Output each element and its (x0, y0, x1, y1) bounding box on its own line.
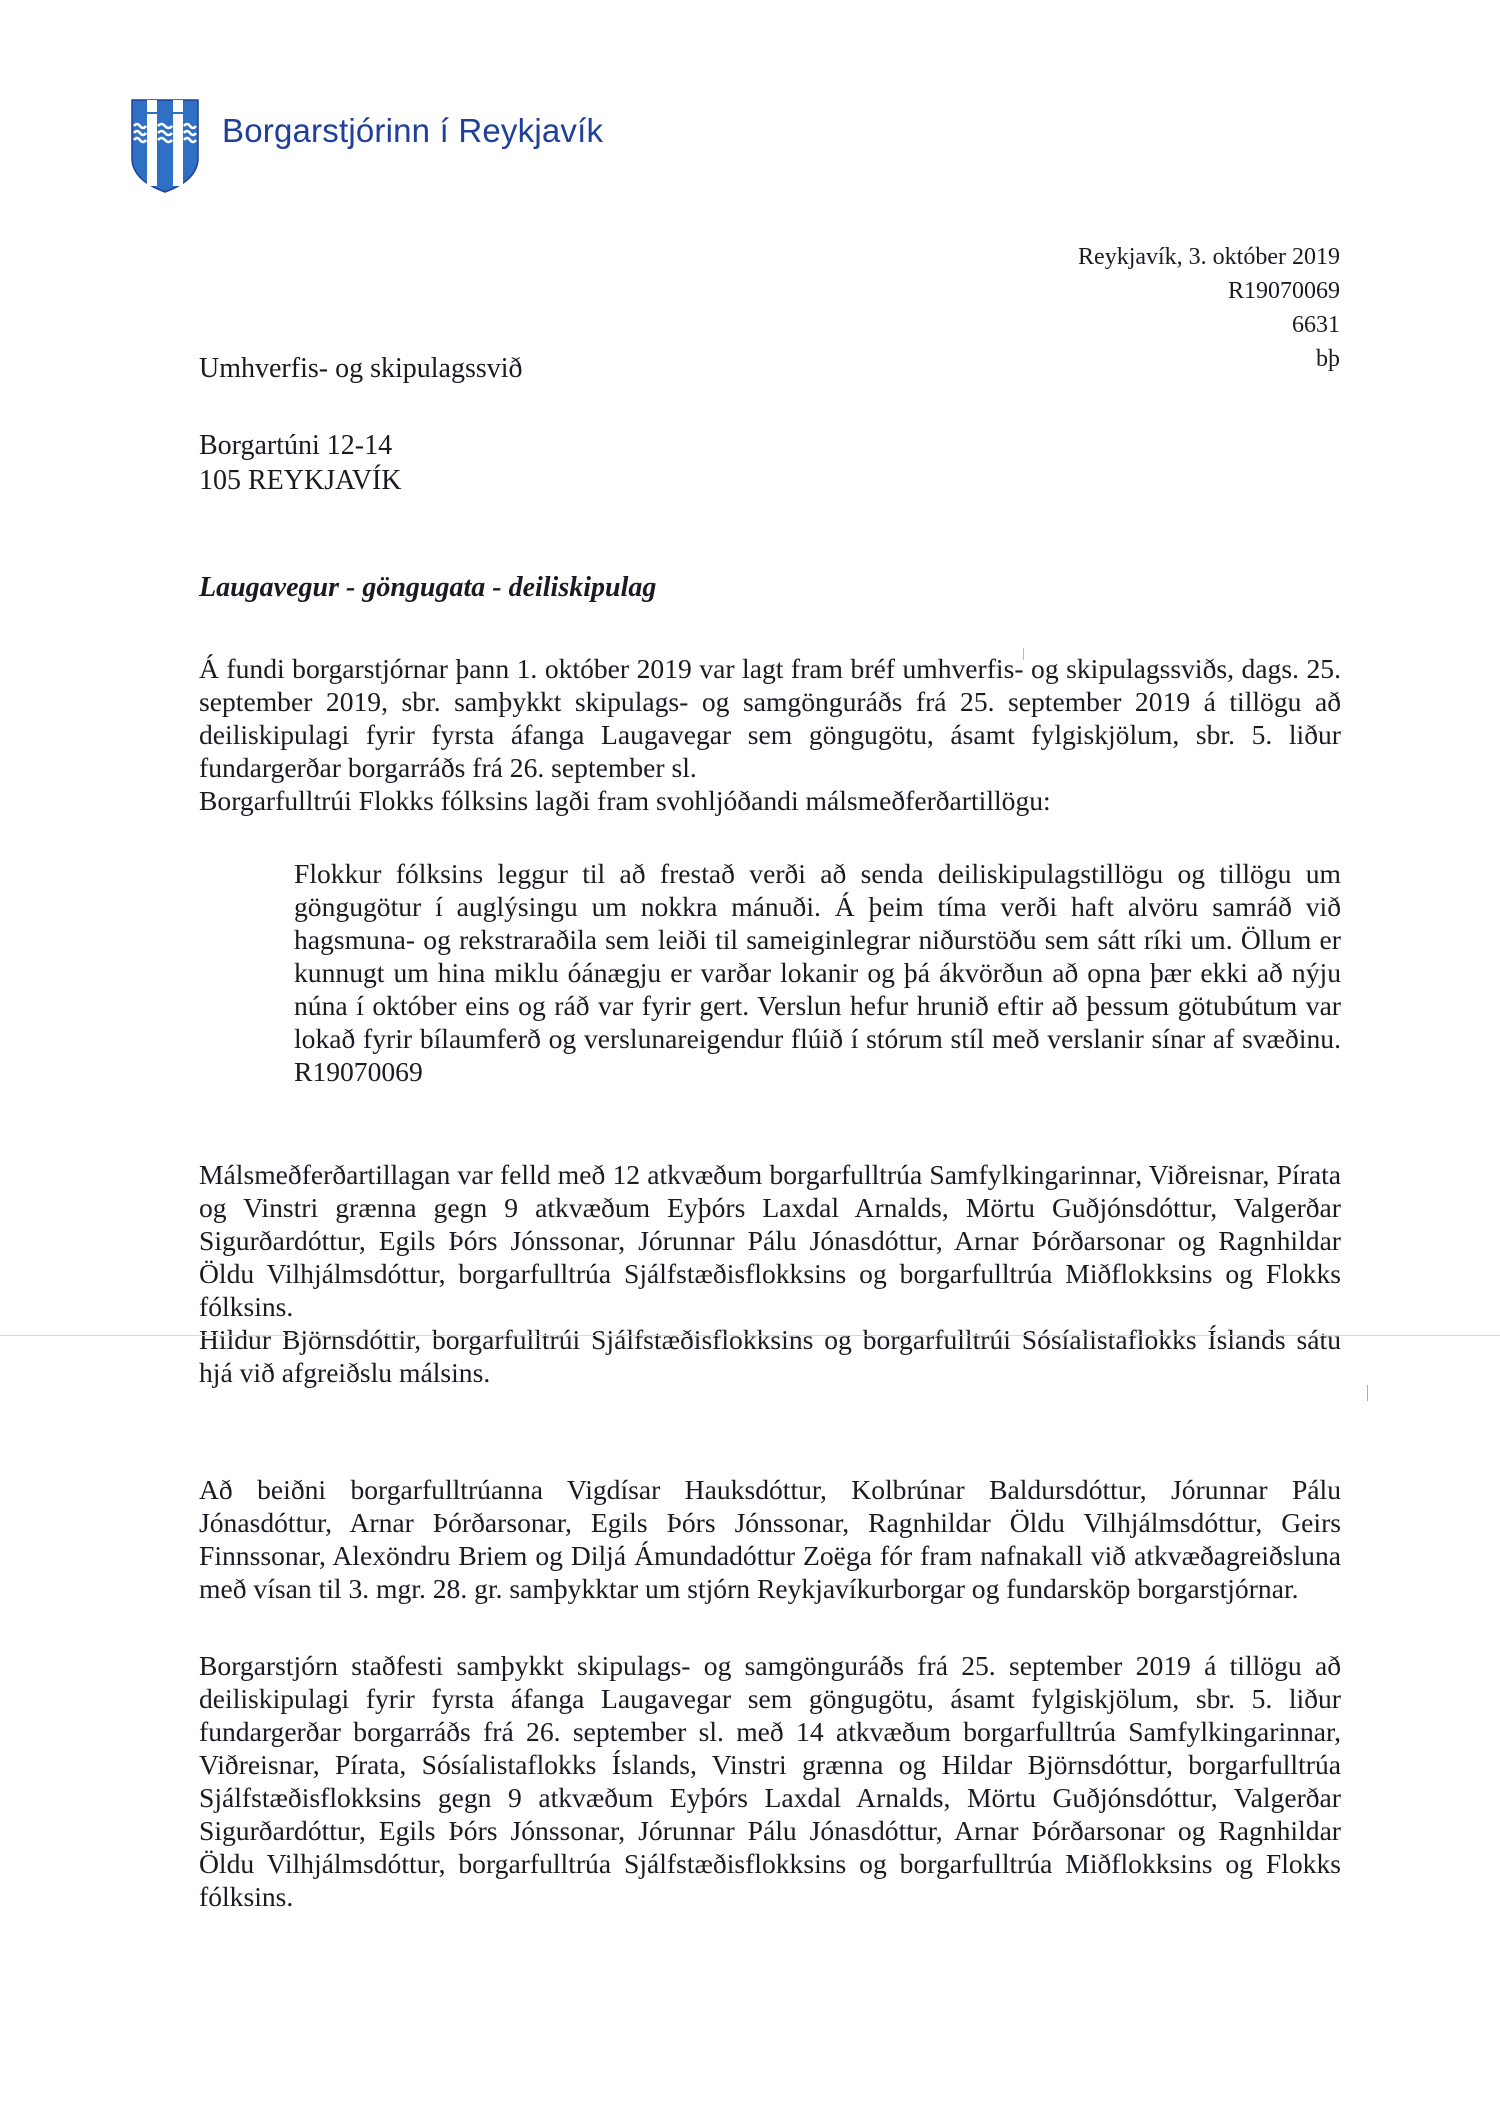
recipient-address: Borgartúni 12-14 105 REYKJAVÍK (199, 428, 402, 498)
paragraph-meeting-intro: Á fundi borgarstjórnar þann 1. október 2… (199, 652, 1341, 817)
paragraph-roll-call: Að beiðni borgarfulltrúanna Vigdísar Hau… (199, 1473, 1341, 1605)
organization-name: Borgarstjórinn í Reykjavík (222, 112, 603, 150)
recipient-street: Borgartúni 12-14 (199, 428, 402, 463)
paragraph-approval: Borgarstjórn staðfesti samþykkt skipulag… (199, 1649, 1341, 1913)
scan-fold-line (0, 1335, 1500, 1336)
paragraph-text: Málsmeðferðartillagan var felld með 12 a… (199, 1158, 1341, 1323)
paragraph-vote-result: Málsmeðferðartillagan var felld með 12 a… (199, 1158, 1341, 1389)
subject-heading: Laugavegur - göngugata - deiliskipulag (199, 572, 656, 604)
document-number: 6631 (1078, 308, 1340, 342)
recipient-city: 105 REYKJAVÍK (199, 463, 402, 498)
scan-speck (1023, 648, 1024, 660)
reykjavik-coat-of-arms-icon (130, 98, 200, 194)
reference-block: Reykjavík, 3. október 2019 R19070069 663… (1078, 240, 1340, 376)
recipient-name: Umhverfis- og skipulagssvið (199, 352, 523, 386)
paragraph-text: Á fundi borgarstjórnar þann 1. október 2… (199, 652, 1341, 784)
paragraph-text: Hildur Björnsdóttir, borgarfulltrúi Sjál… (199, 1323, 1341, 1389)
place-date: Reykjavík, 3. október 2019 (1078, 240, 1340, 274)
scan-speck (1367, 1385, 1368, 1401)
procedural-motion-quote: Flokkur fólksins leggur til að frestað v… (294, 857, 1341, 1088)
case-number: R19070069 (1078, 274, 1340, 308)
author-initials: bþ (1078, 342, 1340, 376)
paragraph-text: Borgarfulltrúi Flokks fólksins lagði fra… (199, 784, 1341, 817)
